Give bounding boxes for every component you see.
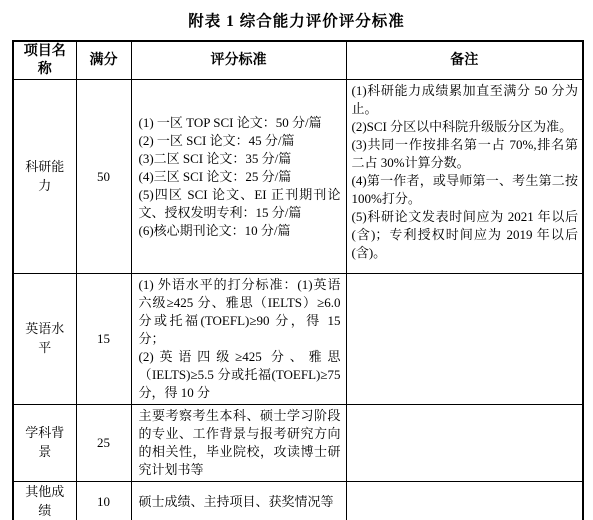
- criteria-item: (1) 一区 TOP SCI 论文：50 分/篇: [139, 114, 341, 132]
- table-row: 英语水平 15 (1) 外语水平的打分标准：(1)英语六级≥425 分、雅思（I…: [13, 274, 583, 405]
- scoring-table: 项目名称 满分 评分标准 备注 科研能力 50 (1) 一区 TOP SCI 论…: [12, 40, 584, 520]
- remarks-cell: (1)科研能力成绩累加直至满分 50 分为止。(2)SCI 分区以中科院升级版分…: [346, 80, 583, 274]
- criteria-item: (2) 一区 SCI 论文：45 分/篇: [139, 132, 341, 150]
- max-score-cell: 50: [76, 80, 131, 274]
- criteria-item: (4)三区 SCI 论文：25 分/篇: [139, 168, 341, 186]
- criteria-cell: 主要考察考生本科、硕士学习阶段的专业、工作背景与报考研究方向的相关性，毕业院校，…: [131, 405, 346, 482]
- max-score-cell: 25: [76, 405, 131, 482]
- table-header: 项目名称 满分 评分标准 备注: [13, 41, 583, 80]
- criteria-cell: 硕士成绩、主持项目、获奖情况等: [131, 482, 346, 520]
- criteria-item: (5)四区 SCI 论文、EI 正刊期刊论文、授权发明专利：15 分/篇: [139, 186, 341, 222]
- criteria-item: (3)二区 SCI 论文：35 分/篇: [139, 150, 341, 168]
- remarks-item: (3)共同一作按排名第一占 70%,排名第二占 30%计算分数。: [352, 136, 579, 172]
- remarks-item: (4)第一作者，或导师第一、考生第二按 100%打分。: [352, 172, 579, 208]
- col-header-remarks: 备注: [346, 41, 583, 80]
- table-body: 科研能力 50 (1) 一区 TOP SCI 论文：50 分/篇(2) 一区 S…: [13, 80, 583, 520]
- criteria-item: 主要考察考生本科、硕士学习阶段的专业、工作背景与报考研究方向的相关性，毕业院校，…: [139, 407, 341, 479]
- remarks-cell: [346, 405, 583, 482]
- table-row: 其他成绩 10 硕士成绩、主持项目、获奖情况等: [13, 482, 583, 520]
- page-title: 附表 1 综合能力评价评分标准: [0, 9, 593, 31]
- criteria-item: (6)核心期刊论文：10 分/篇: [139, 222, 341, 240]
- remarks-cell: [346, 482, 583, 520]
- criteria-cell: (1) 一区 TOP SCI 论文：50 分/篇(2) 一区 SCI 论文：45…: [131, 80, 346, 274]
- criteria-item: (1) 外语水平的打分标准：(1)英语六级≥425 分、雅思（IELTS）≥6.…: [139, 276, 341, 348]
- remarks-item: (5)科研论文发表时间应为 2021 年以后(含)；专利授权时间应为 2019 …: [352, 208, 579, 262]
- item-name-cell: 英语水平: [13, 274, 76, 405]
- remarks-item: (2)SCI 分区以中科院升级版分区为准。: [352, 118, 579, 136]
- criteria-cell: (1) 外语水平的打分标准：(1)英语六级≥425 分、雅思（IELTS）≥6.…: [131, 274, 346, 405]
- criteria-item: (2)英语四级≥425 分、雅思（IELTS)≥5.5 分或托福(TOEFL)≥…: [139, 348, 341, 402]
- criteria-item: 硕士成绩、主持项目、获奖情况等: [139, 493, 341, 511]
- document-page: 附表 1 综合能力评价评分标准 项目名称 满分 评分标准 备注 科研能力 50 …: [0, 0, 593, 520]
- item-name-cell: 学科背景: [13, 405, 76, 482]
- table-row: 科研能力 50 (1) 一区 TOP SCI 论文：50 分/篇(2) 一区 S…: [13, 80, 583, 274]
- table-row: 学科背景 25 主要考察考生本科、硕士学习阶段的专业、工作背景与报考研究方向的相…: [13, 405, 583, 482]
- max-score-cell: 10: [76, 482, 131, 520]
- max-score-cell: 15: [76, 274, 131, 405]
- col-header-max-score: 满分: [76, 41, 131, 80]
- item-name-cell: 其他成绩: [13, 482, 76, 520]
- remarks-item: (1)科研能力成绩累加直至满分 50 分为止。: [352, 82, 579, 118]
- remarks-cell: [346, 274, 583, 405]
- item-name-cell: 科研能力: [13, 80, 76, 274]
- col-header-criteria: 评分标准: [131, 41, 346, 80]
- header-row: 项目名称 满分 评分标准 备注: [13, 41, 583, 80]
- col-header-item-name: 项目名称: [13, 41, 76, 80]
